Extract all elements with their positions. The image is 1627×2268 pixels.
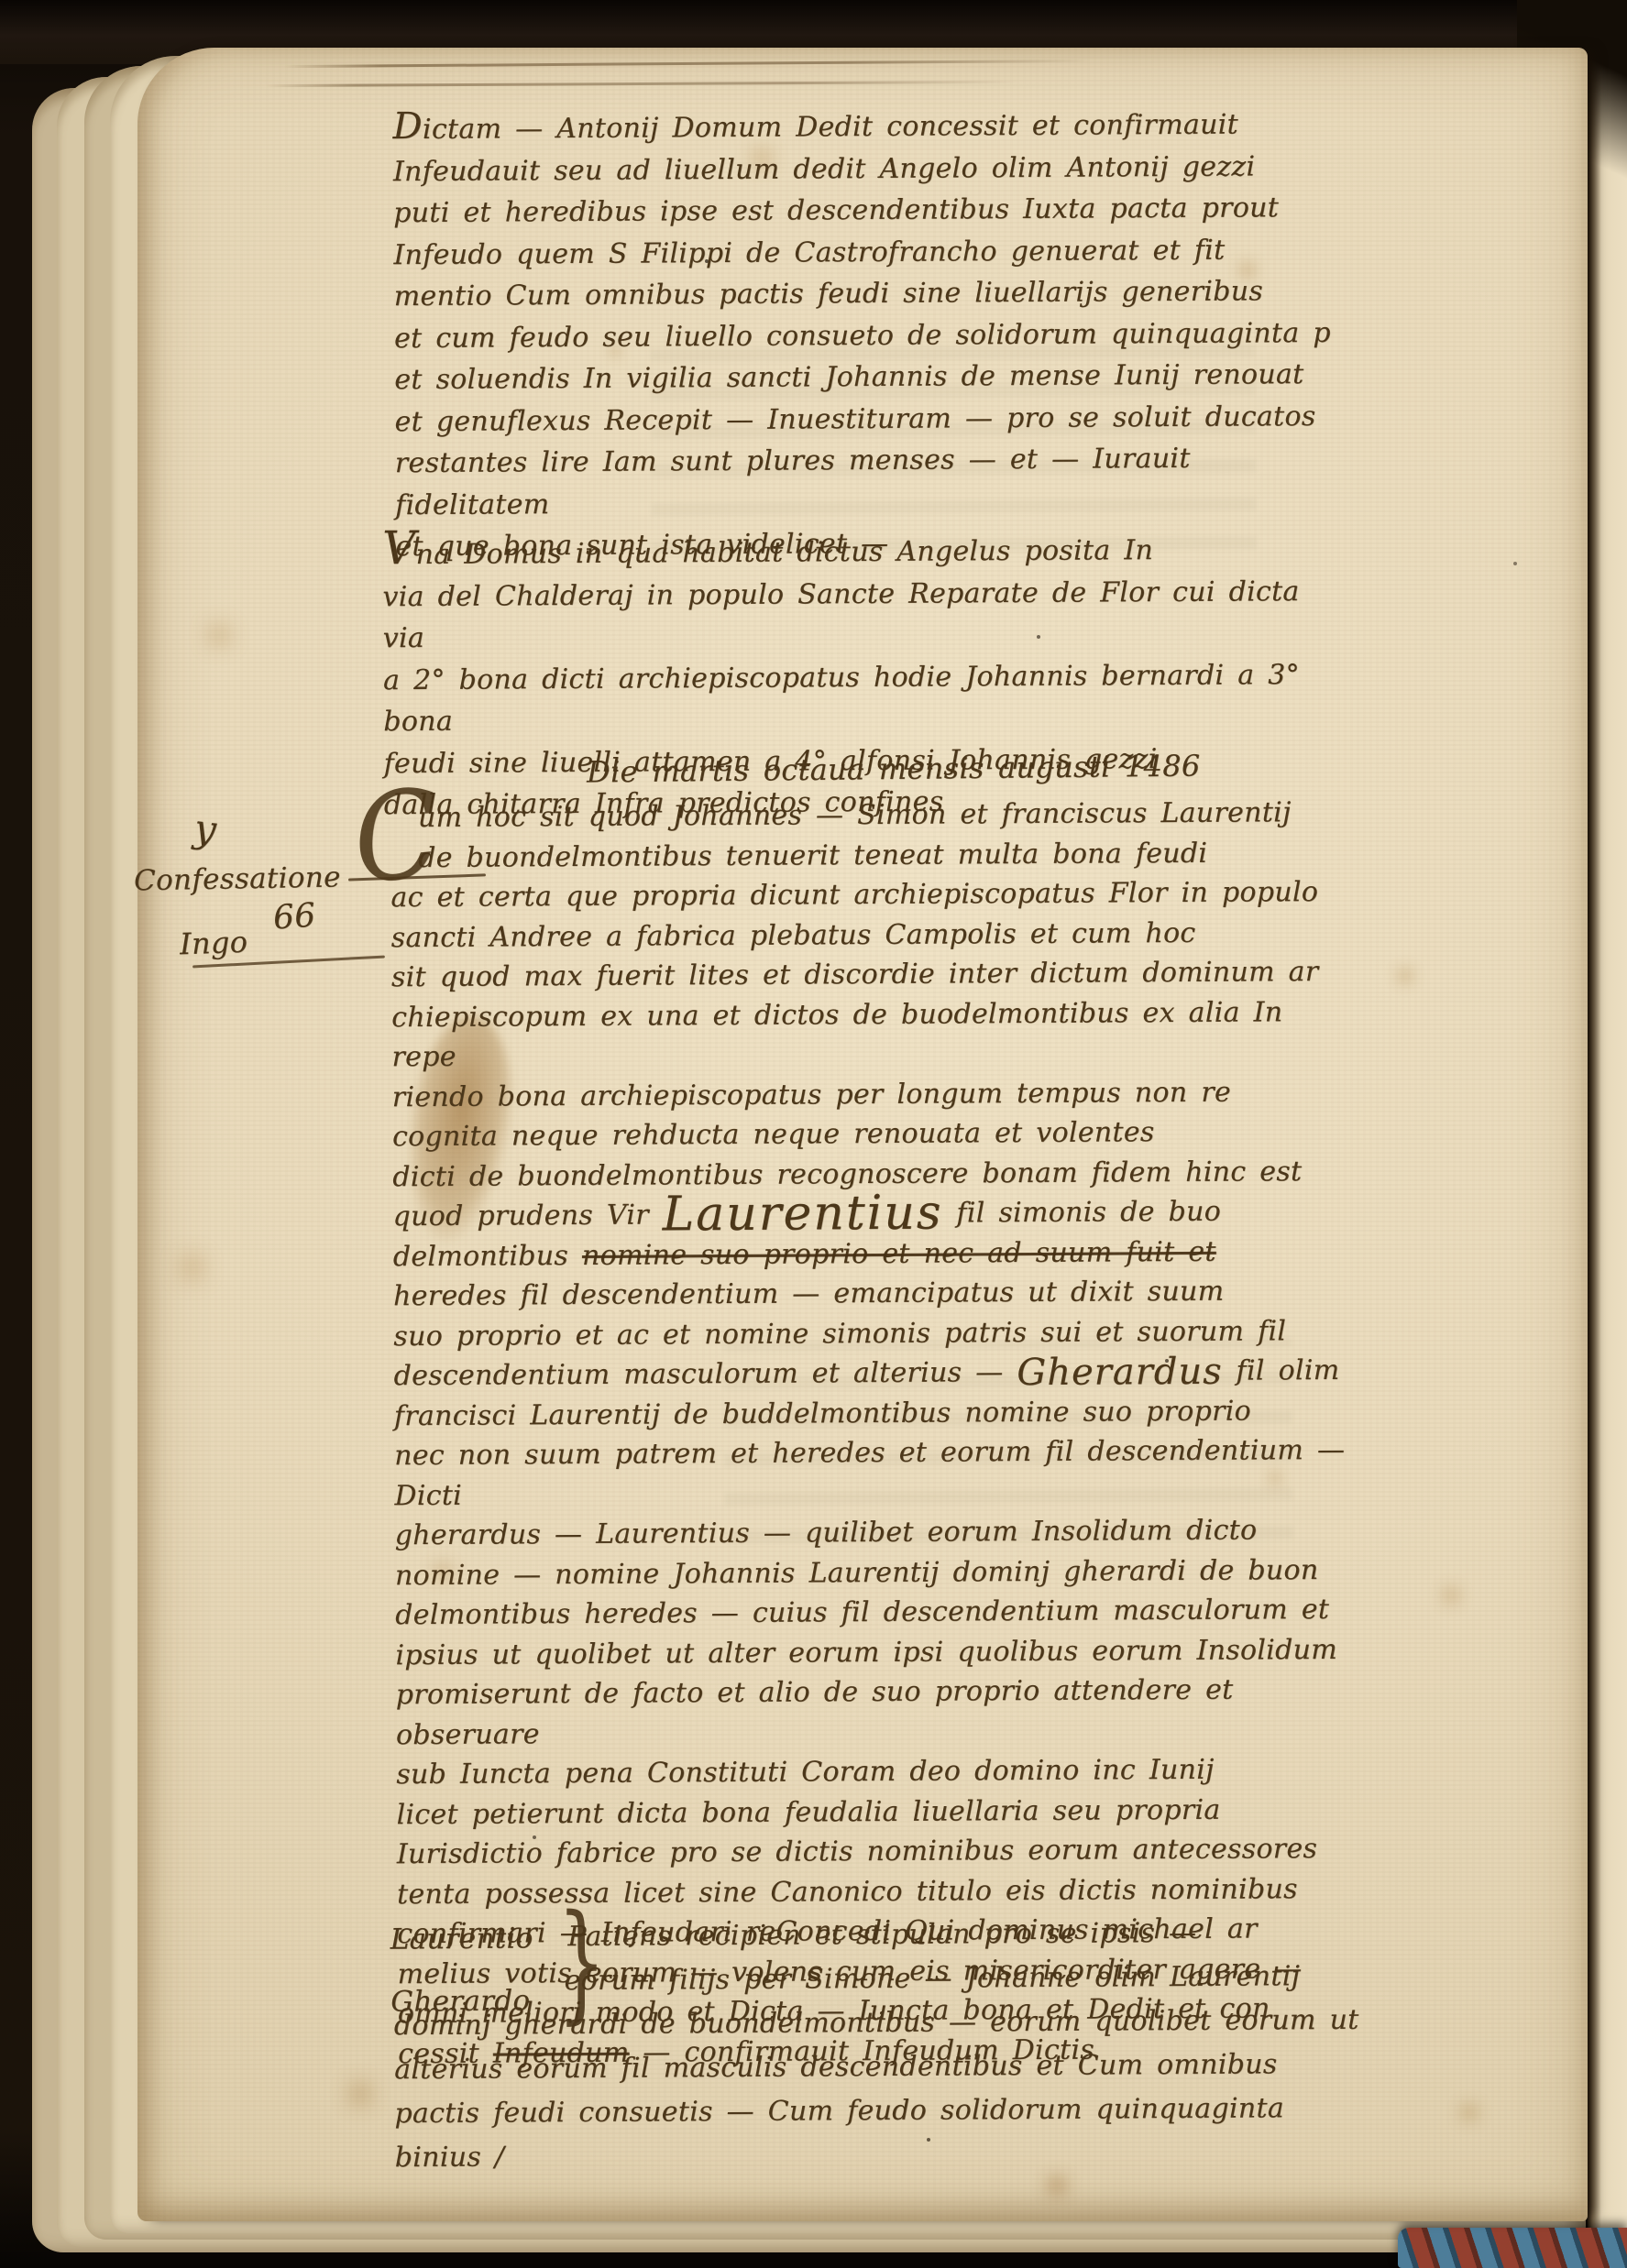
text-line: de buondelmontibus tenuerit teneat multa… xyxy=(390,832,1353,878)
manuscript-photo: y Confessatione 66 Ingo Dictam — Antonij… xyxy=(0,0,1627,2268)
text-line: dominj gherardi de buondelmontibus — eor… xyxy=(394,1999,1366,2048)
text-line: et soluendis In vigilia sancti Johannis … xyxy=(394,354,1347,401)
ink-specks xyxy=(137,48,139,49)
struck-text: nomine suo proprio et nec ad suum fuit e… xyxy=(582,1235,1216,1271)
text-line: suo proprio et ac et nomine simonis patr… xyxy=(393,1310,1356,1356)
text-segment: fil olim xyxy=(1223,1354,1340,1387)
text-line: pactis feudi consuetis — Cum feudo solid… xyxy=(394,2087,1367,2180)
margin-note-number: 66 xyxy=(272,896,317,937)
text-line-laurentius: quod prudens Vir Laurentius fil simonis … xyxy=(392,1191,1355,1237)
text-line: sit quod max fuerit lites et discordie i… xyxy=(391,952,1354,998)
text-line: Infeudauit seu ad liuellum dedit Angelo … xyxy=(393,145,1347,192)
text-line: eorum filijs per Simone — Johanne olim L… xyxy=(393,1955,1365,2004)
next-page-edge xyxy=(1588,0,1627,2268)
paragraph-3: um hoc sit quod Johannes — Simon et fran… xyxy=(390,793,1360,2074)
text-line: heredes fil descendentium — emancipatus … xyxy=(393,1271,1356,1317)
text-line: sub Iuncta pena Constituti Coram deo dom… xyxy=(396,1749,1358,1795)
text-line: Dictam — Antonij Domum Dedit concessit e… xyxy=(392,104,1346,151)
text-segment: descendentium masculorum et alterius — xyxy=(394,1356,1017,1392)
text-line: delmontibus heredes — cuius fil descende… xyxy=(395,1590,1358,1636)
text-line: mentio Cum omnibus pactis feudi sine liu… xyxy=(394,270,1347,318)
text-line: cognita neque rehducta neque renouata et… xyxy=(392,1112,1355,1157)
text-line: et genuflexus Recepit — Inuestituram — p… xyxy=(394,395,1347,443)
text-line: gherardus — Laurentius — quilibet eorum … xyxy=(395,1510,1358,1556)
text-line: Iurisdictio fabrice pro se dictis nomini… xyxy=(397,1829,1359,1875)
text-line: alterius eorum fil masculis descendentib… xyxy=(394,2043,1366,2092)
text-line: francisci Laurentij de buddelmontibus no… xyxy=(394,1390,1357,1436)
text-line: ac et certa que propria dicunt archiepis… xyxy=(390,872,1353,918)
name-gherardus: Gherardus xyxy=(1017,1351,1223,1394)
text-line: nomine — nomine Johannis Laurentij domin… xyxy=(395,1550,1358,1595)
text-line: Infeudo quem S Filippi de Castrofrancho … xyxy=(393,228,1347,276)
text-line: et cum feudo seu liuello consueto de sol… xyxy=(394,312,1347,359)
text-line: a 2° bona dicti archiepiscopatus hodie J… xyxy=(383,653,1347,742)
text-line: ipsius ut quolibet ut alter eorum ipsi q… xyxy=(395,1629,1358,1675)
endband-braid xyxy=(1398,2228,1627,2268)
page-edge-line xyxy=(284,60,1091,68)
text-line: chiepiscopum ex una et dictos de buodelm… xyxy=(391,992,1355,1077)
margin-index-symbol: y xyxy=(192,805,219,852)
text-line: restantes lire Iam sunt plures menses — … xyxy=(395,437,1349,526)
paragraph-1: Dictam — Antonij Domum Dedit concessit e… xyxy=(392,104,1348,568)
paragraph-4: Patiens recipien et stipulan pro se ipsi… xyxy=(393,1911,1367,2180)
text-line: riendo bona archiepiscopatus per longum … xyxy=(392,1071,1355,1117)
text-line-strikethrough: delmontibus nomine suo proprio et nec ad… xyxy=(393,1231,1356,1276)
text-line: puti et heredibus ipse est descendentibu… xyxy=(393,187,1347,235)
text-line: Patiens recipien et stipulan pro se ipsi… xyxy=(393,1911,1365,1960)
text-line-gherardus: descendentium masculorum et alterius — G… xyxy=(393,1351,1356,1397)
margin-note-text: Confessatione xyxy=(134,860,341,897)
text-segment: quod prudens Vir xyxy=(392,1199,662,1233)
date-line: Die martis octaua mensis augusti 1486 xyxy=(587,748,1201,789)
text-line: tenta possessa licet sine Canonico titul… xyxy=(397,1868,1359,1914)
text-segment: fil simonis de buo xyxy=(942,1196,1221,1230)
text-line: um hoc sit quod Johannes — Simon et fran… xyxy=(390,793,1353,838)
margin-note-abbrev: Ingo xyxy=(179,925,247,962)
text-segment: delmontibus xyxy=(393,1239,582,1272)
text-line: promiserunt de facto et alio de suo prop… xyxy=(396,1670,1359,1755)
page-edge-line xyxy=(266,81,1017,87)
text-line: sancti Andree a fabrica plebatus Campoli… xyxy=(391,912,1354,958)
manuscript-page: y Confessatione 66 Ingo Dictam — Antonij… xyxy=(137,48,1588,2221)
text-line: via del Chalderaj in populo Sancte Repar… xyxy=(382,570,1346,659)
text-line: Vna Domus in qua habitat dictus Angelus … xyxy=(382,529,1345,576)
text-line: nec non suum patrem et heredes et eorum … xyxy=(394,1430,1358,1516)
text-line: licet petierunt dicta bona feudalia liue… xyxy=(396,1789,1358,1835)
